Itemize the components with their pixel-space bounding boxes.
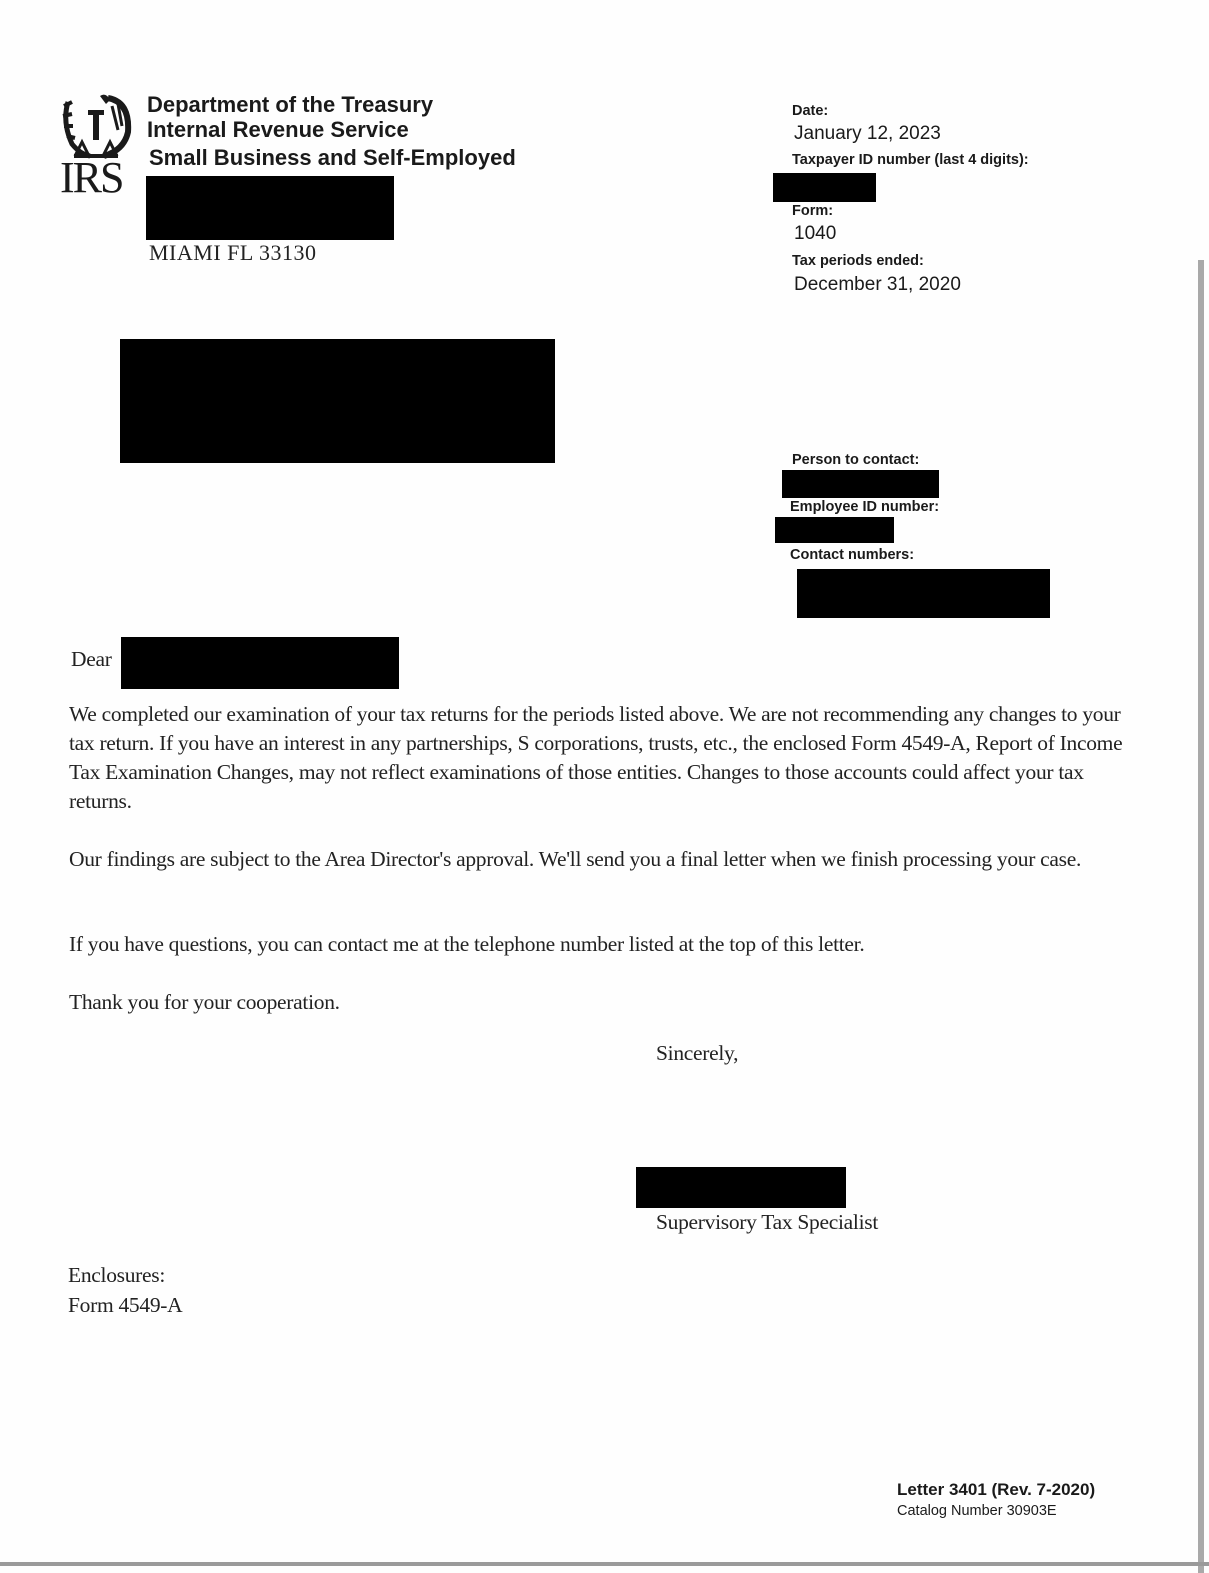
paragraph-2: Our findings are subject to the Area Dir… [69,845,1149,874]
catalog-number: Catalog Number 30903E [897,1503,1057,1519]
paragraph-1: We completed our examination of your tax… [69,700,1149,816]
enclosure-item: Form 4549-A [68,1291,182,1320]
tax-periods-value: December 31, 2020 [794,274,961,296]
closing: Sincerely, [656,1039,738,1068]
recipient-address-redaction [120,339,555,463]
taxpayer-id-label: Taxpayer ID number (last 4 digits): [792,152,1029,168]
tax-periods-label: Tax periods ended: [792,253,924,269]
taxpayer-id-redaction [773,173,876,202]
scan-edge-right [1198,260,1204,1573]
irs-eagle-emblem-icon [60,92,132,160]
division-name: Small Business and Self-Employed [149,145,516,171]
agency-name: Department of the Treasury [147,92,433,118]
form-label: Form: [792,203,833,219]
scan-edge-bottom [0,1562,1209,1566]
sender-city: MIAMI FL 33130 [149,240,317,266]
letter-page: IRS Department of the Treasury Internal … [0,0,1209,1573]
paragraph-3: If you have questions, you can contact m… [69,930,1149,959]
form-value: 1040 [794,223,836,245]
letter-number: Letter 3401 (Rev. 7-2020) [897,1480,1095,1500]
employee-id-label: Employee ID number: [790,499,939,515]
contact-numbers-label: Contact numbers: [790,547,914,563]
employee-id-redaction [775,517,894,543]
contact-numbers-redaction [797,569,1050,618]
date-label: Date: [792,103,828,119]
recipient-name-redaction [121,637,399,689]
irs-logo: IRS [60,92,136,202]
agency-subname: Internal Revenue Service [147,117,409,143]
signer-title: Supervisory Tax Specialist [656,1208,878,1237]
contact-person-redaction [782,470,939,498]
enclosures-label: Enclosures: [68,1261,165,1290]
contact-person-label: Person to contact: [792,452,919,468]
sender-address-redaction [146,176,394,240]
signer-name-redaction [636,1167,846,1208]
date-value: January 12, 2023 [794,123,941,145]
salutation: Dear [71,645,112,674]
paragraph-4: Thank you for your cooperation. [69,988,1149,1017]
irs-logo-text: IRS [60,156,122,200]
